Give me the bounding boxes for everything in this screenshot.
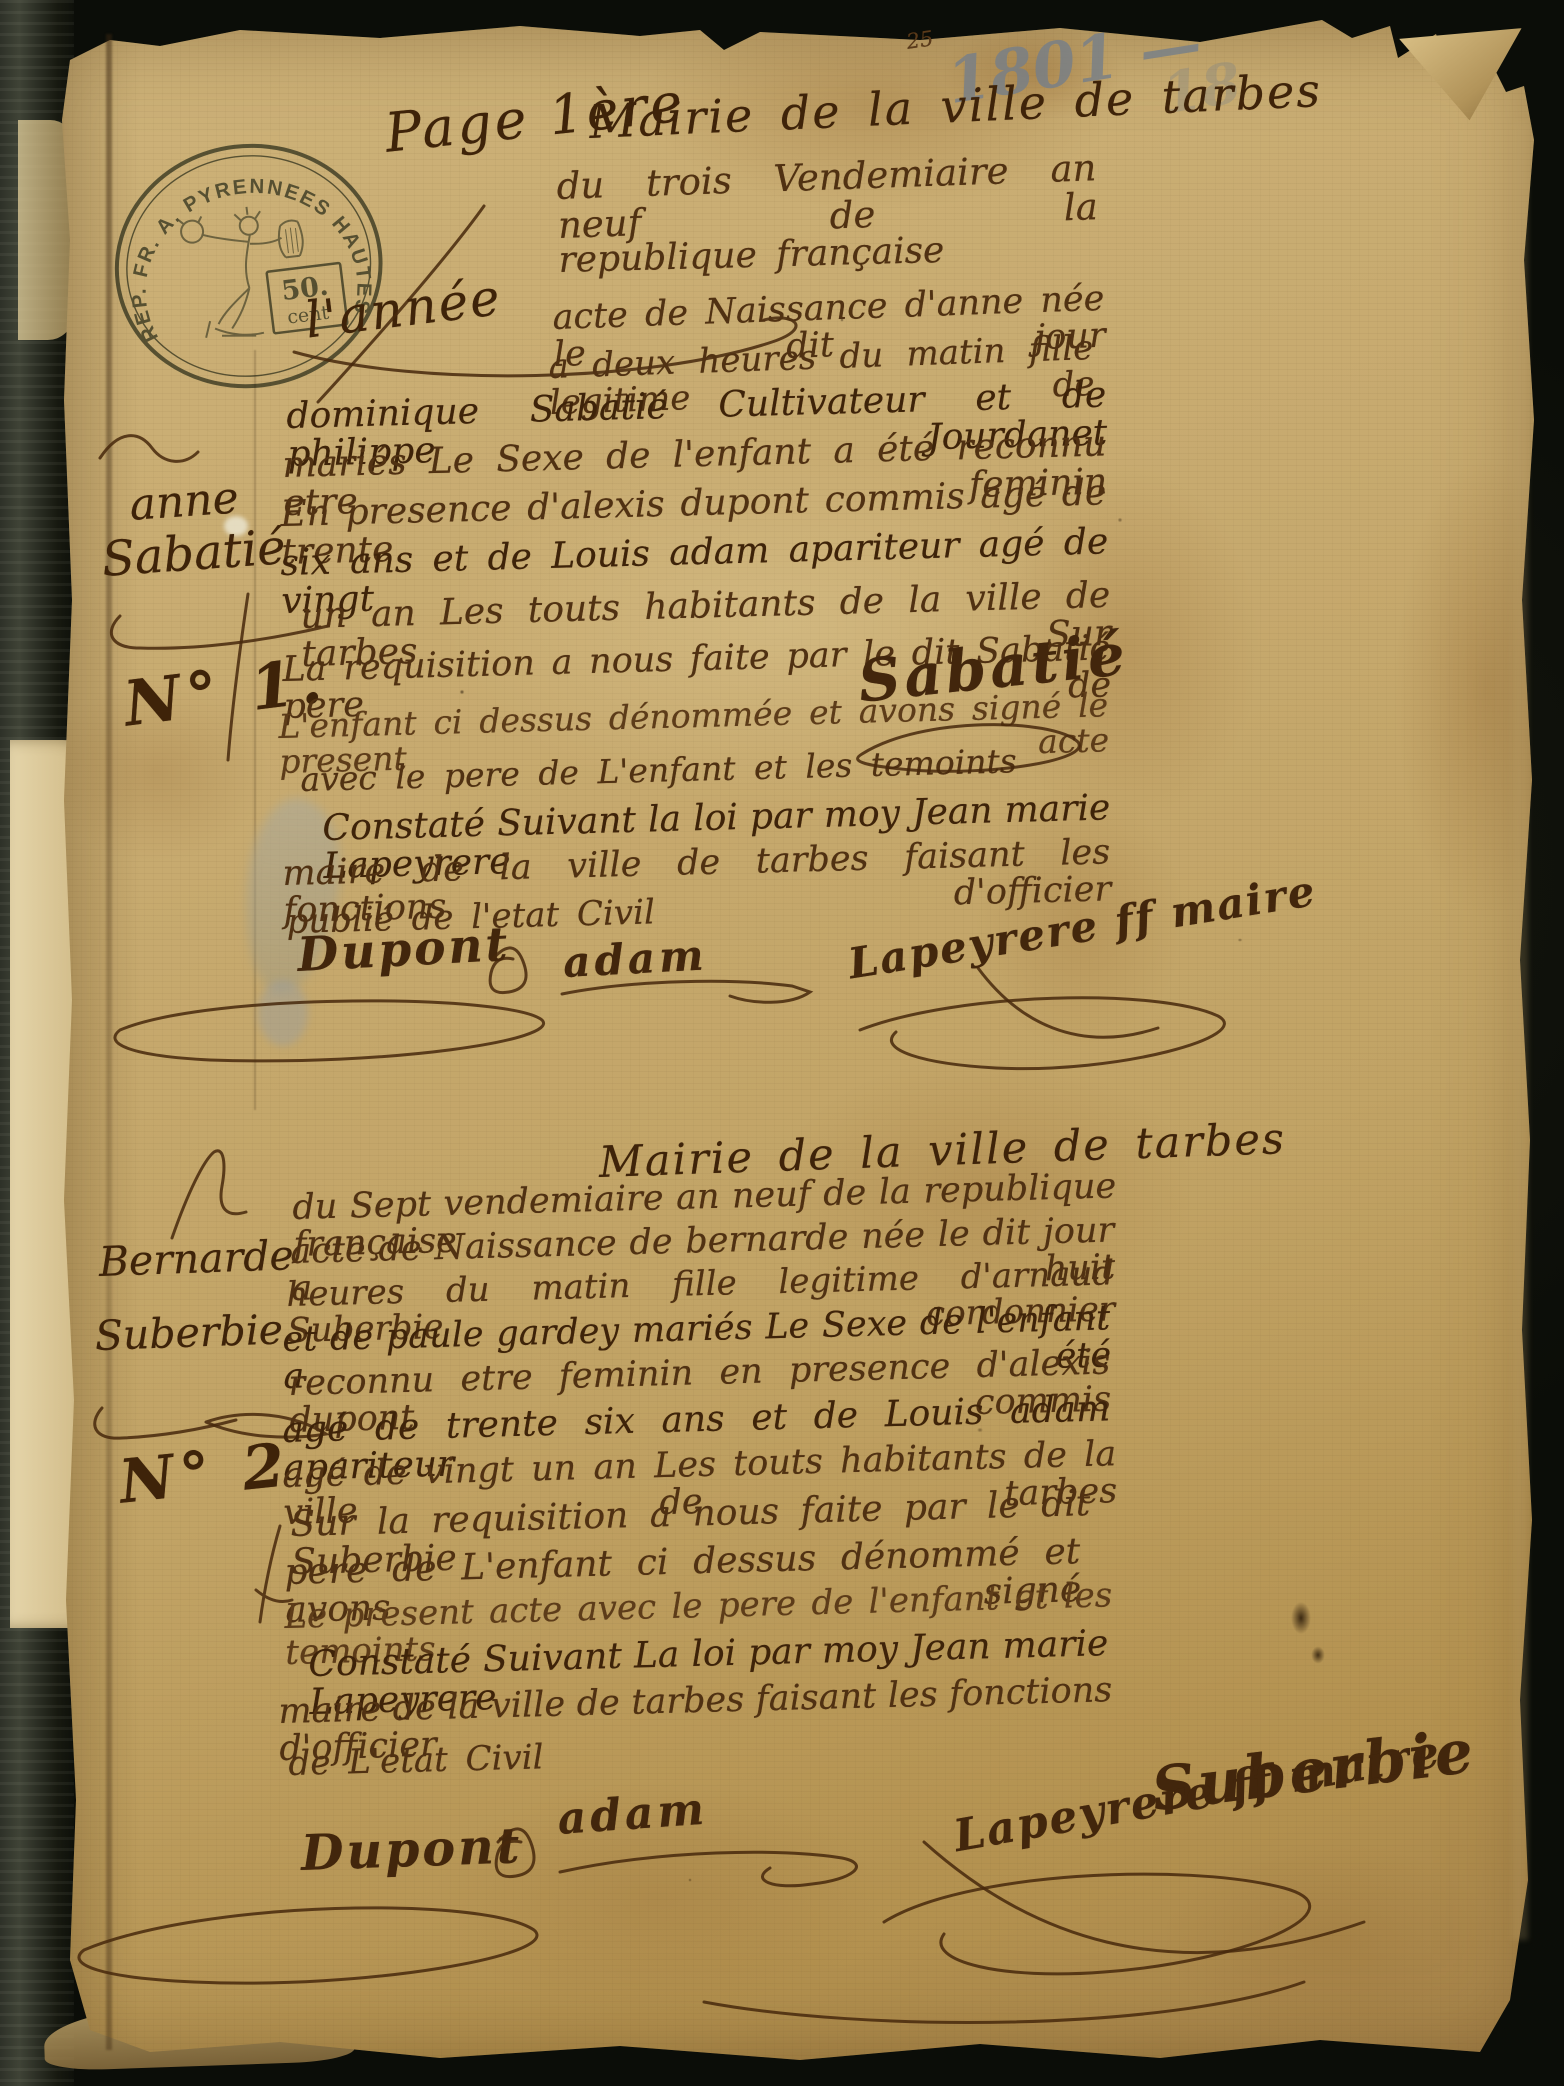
right-sheet-edge-highlight [1512,120,1528,1940]
underlying-page-edge-top [18,120,72,340]
scanned-register-page: REP. FR. A. PYRENNEES HAUTES. 50. cent 2… [0,0,1564,2086]
signature-witness1-act1: Dupont [296,917,512,983]
revenue-stamp: REP. FR. A. PYRENNEES HAUTES. 50. cent [89,119,409,417]
margin-name-2-line2: Suberbie [94,1305,284,1360]
folio-number: 25 [905,26,935,53]
signature-witness1-act2: Dupont [300,1816,523,1882]
signature-witness2-act2: adam [556,1784,710,1845]
signature-witness2-act1: adam [562,930,709,986]
margin-name-1-line1: anne [128,472,240,530]
margin-name-2-line1: Bernarde [98,1231,295,1286]
registry-line: de L'etat Civil [288,1737,544,1784]
